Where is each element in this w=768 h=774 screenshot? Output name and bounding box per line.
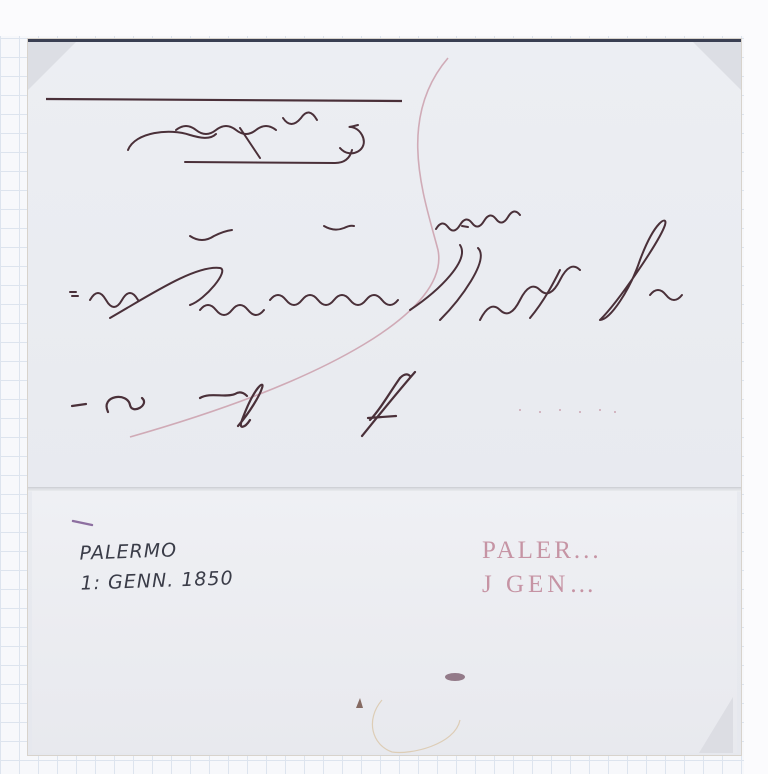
postmark-date: J GEN… <box>482 568 602 602</box>
postmark-town: PALER... <box>482 534 602 568</box>
postmark-stamp: PALER... J GEN… <box>482 534 602 602</box>
pencil-annotation-date: 1: GENN. 1850 <box>80 563 234 598</box>
album-page: PALERMO 1: GENN. 1850 PALER... J GEN… <box>0 0 768 774</box>
handwritten-address <box>0 0 768 774</box>
pencil-annotation: PALERMO 1: GENN. 1850 <box>79 533 234 598</box>
